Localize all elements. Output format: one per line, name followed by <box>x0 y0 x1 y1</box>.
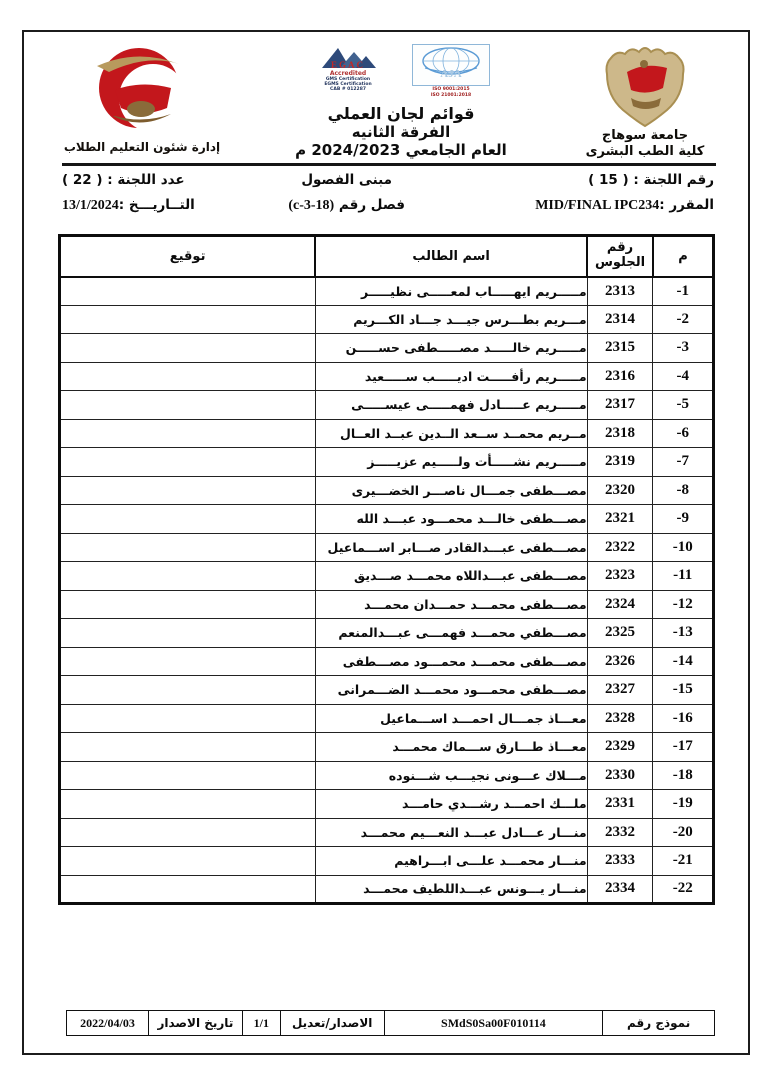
student-name-cell: مصـــطفي محمـــد فهمـــى عبـــدالمنعم <box>315 619 587 648</box>
aja-frame: AJA <box>412 44 490 86</box>
signature-cell <box>60 391 316 420</box>
date-line: التــاريـــخ :13/1/2024 <box>62 197 255 214</box>
serial-cell: -17 <box>653 733 714 762</box>
serial-cell: -10 <box>653 533 714 562</box>
signature-cell <box>60 704 316 733</box>
serial-cell: -19 <box>653 790 714 819</box>
table-row: -22314مـــريم بطـــرس جيـــد جـــاد الكـ… <box>60 305 714 334</box>
aja-logo: AJA ISO 9001:2015 ISO 21001:2018 <box>412 44 490 99</box>
course-value: MID/FINAL IPC234 <box>535 198 659 213</box>
title-line2: الفرقة الثانيه <box>271 123 531 141</box>
seat-number-cell: 2326 <box>587 647 653 676</box>
seat-number-cell: 2329 <box>587 733 653 762</box>
serial-cell: -9 <box>653 505 714 534</box>
committee-count: عدد اللجنة : ( 22 ) <box>62 172 255 188</box>
students-table: م رقم الجلوس اسم الطالب توقيع -12313مـــ… <box>58 234 715 905</box>
signature-cell <box>60 875 316 904</box>
seat-number-cell: 2328 <box>587 704 653 733</box>
dept-label: إدارة شئون التعليم الطلاب <box>32 140 252 154</box>
seat-number-cell: 2334 <box>587 875 653 904</box>
info-left-column: عدد اللجنة : ( 22 ) التــاريـــخ :13/1/2… <box>58 172 255 214</box>
student-name-cell: ملـــك احمـــد رشـــدي حامـــد <box>315 790 587 819</box>
student-name-cell: مـــــريم رأفـــــت اديـــــب ســـــعيد <box>315 362 587 391</box>
signature-cell <box>60 676 316 705</box>
room-value: (c-3-18) <box>288 198 334 213</box>
seat-number-cell: 2317 <box>587 391 653 420</box>
header-seat-number: رقم الجلوس <box>587 236 653 277</box>
student-name-cell: منـــار عـــادل عبـــد النعـــيم محمـــد <box>315 818 587 847</box>
serial-cell: -3 <box>653 334 714 363</box>
table-row: -102322مصـــطفى عبـــدالقادر صـــابر اسـ… <box>60 533 714 562</box>
signature-cell <box>60 847 316 876</box>
student-name-cell: مصـــطفى محمـــد محمـــود مصـــطفى <box>315 647 587 676</box>
issue-date-value: 2022/04/03 <box>67 1011 149 1036</box>
serial-cell: -16 <box>653 704 714 733</box>
serial-cell: -2 <box>653 305 714 334</box>
aja-globe-icon: AJA <box>419 46 483 80</box>
serial-cell: -1 <box>653 277 714 306</box>
table-row: -62318مــريم محمــد ســعد الــدين عبــد … <box>60 419 714 448</box>
seat-number-cell: 2319 <box>587 448 653 477</box>
signature-cell <box>60 419 316 448</box>
exam-info: رقم اللجنة : ( 15 ) المقرر :MID/FINAL IP… <box>58 172 714 214</box>
table-row: -162328معـــاذ جمـــال احمـــد اســـماعي… <box>60 704 714 733</box>
serial-cell: -12 <box>653 590 714 619</box>
student-name-cell: مـــــريم نشـــــأت ولـــــيم عزيـــــز <box>315 448 587 477</box>
egac-logo: EGAC Accredited GMS Certification EGMS C… <box>312 44 384 93</box>
seat-number-cell: 2333 <box>587 847 653 876</box>
signature-cell <box>60 362 316 391</box>
header-student-name: اسم الطالب <box>315 236 587 277</box>
header-center: EGAC Accredited GMS Certification EGMS C… <box>271 38 531 164</box>
signature-cell <box>60 818 316 847</box>
issue-value: 1/1 <box>242 1011 280 1036</box>
signature-cell <box>60 533 316 562</box>
svg-text:AJA: AJA <box>440 68 461 80</box>
student-name-cell: مصـــطفى محمـــود محمـــد الضـــمرانى <box>315 676 587 705</box>
table-row: -122324مصـــطفى محمـــد حمـــدان محمـــد <box>60 590 714 619</box>
table-header-row: م رقم الجلوس اسم الطالب توقيع <box>60 236 714 277</box>
signature-cell <box>60 334 316 363</box>
serial-cell: -18 <box>653 761 714 790</box>
seat-number-cell: 2314 <box>587 305 653 334</box>
table-row: -112323مصـــطفى عبـــداللاه محمـــد صـــ… <box>60 562 714 591</box>
footer: نموذج رقم SMdS0Sa00F010114 الاصدار/تعديل… <box>66 1010 715 1036</box>
seat-number-cell: 2321 <box>587 505 653 534</box>
serial-cell: -7 <box>653 448 714 477</box>
student-name-cell: مصـــطفى جمـــال ناصـــر الخضـــيرى <box>315 476 587 505</box>
form-code: SMdS0Sa00F010114 <box>384 1011 603 1036</box>
table-row: -132325مصـــطفي محمـــد فهمـــى عبـــدال… <box>60 619 714 648</box>
seat-number-cell: 2324 <box>587 590 653 619</box>
serial-cell: -6 <box>653 419 714 448</box>
course-label: المقرر : <box>659 197 714 213</box>
signature-cell <box>60 505 316 534</box>
info-right-column: رقم اللجنة : ( 15 ) المقرر :MID/FINAL IP… <box>438 172 714 214</box>
table-row: -142326مصـــطفى محمـــد محمـــود مصـــطف… <box>60 647 714 676</box>
serial-cell: -5 <box>653 391 714 420</box>
university-shield-icon <box>597 44 693 128</box>
header-serial: م <box>653 236 714 277</box>
seat-number-cell: 2332 <box>587 818 653 847</box>
signature-cell <box>60 476 316 505</box>
seat-number-cell: 2316 <box>587 362 653 391</box>
student-name-cell: منـــار يـــونس عبـــداللطيف محمـــد <box>315 875 587 904</box>
document-title: قوائم لجان العملي الفرقة الثانيه العام ا… <box>271 104 531 159</box>
signature-cell <box>60 590 316 619</box>
header: إدارة شئون التعليم الطلاب EGAC Accredite… <box>32 38 740 164</box>
serial-cell: -20 <box>653 818 714 847</box>
serial-cell: -8 <box>653 476 714 505</box>
table-row: -42316مـــــريم رأفـــــت اديـــــب ســـ… <box>60 362 714 391</box>
student-rows: -12313مـــــريم ايهـــــاب لمعـــــى نظي… <box>60 277 714 904</box>
student-name-cell: مـــــريم عـــــادل فهمـــــى عيســـــى <box>315 391 587 420</box>
student-name-cell: مــريم محمــد ســعد الــدين عبــد العــا… <box>315 419 587 448</box>
student-name-cell: مـــــريم خالـــــد مصـــــطفى حســـــن <box>315 334 587 363</box>
table-row: -172329معـــاذ طـــارق ســـماك محمـــد <box>60 733 714 762</box>
header-signature: توقيع <box>60 236 316 277</box>
faculty-name: كلية الطب البشرى <box>550 144 740 160</box>
accreditation-logos: EGAC Accredited GMS Certification EGMS C… <box>271 44 531 102</box>
seat-number-cell: 2331 <box>587 790 653 819</box>
title-line3: العام الجامعي 2024/2023 م <box>271 141 531 159</box>
signature-cell <box>60 761 316 790</box>
info-center-column: مبنى الفصول فصل رقم (c-3-18) <box>255 172 439 214</box>
serial-cell: -11 <box>653 562 714 591</box>
signature-cell <box>60 562 316 591</box>
issue-date-label: تاريخ الاصدار <box>148 1011 242 1036</box>
aja-iso-line1: ISO 9001:2015 <box>412 87 490 92</box>
seat-number-cell: 2325 <box>587 619 653 648</box>
seat-number-cell: 2313 <box>587 277 653 306</box>
seat-number-cell: 2330 <box>587 761 653 790</box>
title-line1: قوائم لجان العملي <box>271 104 531 123</box>
student-name-cell: مصـــطفى عبـــداللاه محمـــد صـــديق <box>315 562 587 591</box>
committee-number: رقم اللجنة : ( 15 ) <box>438 172 714 188</box>
signature-cell <box>60 733 316 762</box>
signature-cell <box>60 305 316 334</box>
student-name-cell: مصـــطفى خالـــد محمـــود عبـــد الله <box>315 505 587 534</box>
student-name-cell: مـــــريم ايهـــــاب لمعـــــى نظيـــــر <box>315 277 587 306</box>
table-row: -152327مصـــطفى محمـــود محمـــد الضـــم… <box>60 676 714 705</box>
form-number-label: نموذج رقم <box>603 1011 715 1036</box>
signature-cell <box>60 448 316 477</box>
aja-iso-line2: ISO 21001:2018 <box>412 93 490 98</box>
course-line: المقرر :MID/FINAL IPC234 <box>438 197 714 214</box>
seat-number-cell: 2315 <box>587 334 653 363</box>
date-value: 13/1/2024 <box>62 198 119 213</box>
table-row: -212333منـــار محمـــد علـــى ابـــراهيم <box>60 847 714 876</box>
egac-accredited: Accredited <box>312 70 384 77</box>
table-row: -222334منـــار يـــونس عبـــداللطيف محمـ… <box>60 875 714 904</box>
students-table-wrap: م رقم الجلوس اسم الطالب توقيع -12313مـــ… <box>58 234 715 905</box>
room-line: فصل رقم (c-3-18) <box>255 197 439 214</box>
egac-tiny-line3: CAB # 012287 <box>312 87 384 92</box>
table-row: -52317مـــــريم عـــــادل فهمـــــى عيسـ… <box>60 391 714 420</box>
table-row: -92321مصـــطفى خالـــد محمـــود عبـــد ا… <box>60 505 714 534</box>
issue-label: الاصدار/تعديل <box>280 1011 384 1036</box>
header-divider <box>62 163 716 166</box>
footer-table: نموذج رقم SMdS0Sa00F010114 الاصدار/تعديل… <box>66 1010 715 1036</box>
crescent-logo-icon <box>67 46 217 138</box>
date-label: التــاريـــخ : <box>119 197 195 213</box>
seat-number-cell: 2320 <box>587 476 653 505</box>
seat-number-cell: 2322 <box>587 533 653 562</box>
page-frame: إدارة شئون التعليم الطلاب EGAC Accredite… <box>22 30 750 1055</box>
serial-cell: -14 <box>653 647 714 676</box>
student-name-cell: مصـــطفى عبـــدالقادر صـــابر اســـماعيل <box>315 533 587 562</box>
seat-number-cell: 2323 <box>587 562 653 591</box>
table-row: -12313مـــــريم ايهـــــاب لمعـــــى نظي… <box>60 277 714 306</box>
signature-cell <box>60 790 316 819</box>
dept-logo-block: إدارة شئون التعليم الطلاب <box>32 38 252 164</box>
table-row: -182330مـــلاك عـــونى نجيـــب شـــنوده <box>60 761 714 790</box>
table-row: -32315مـــــريم خالـــــد مصـــــطفى حسـ… <box>60 334 714 363</box>
room-label: فصل رقم <box>334 197 405 213</box>
signature-cell <box>60 619 316 648</box>
signature-cell <box>60 647 316 676</box>
table-row: -192331ملـــك احمـــد رشـــدي حامـــد <box>60 790 714 819</box>
serial-cell: -4 <box>653 362 714 391</box>
building-name: مبنى الفصول <box>255 172 439 188</box>
serial-cell: -22 <box>653 875 714 904</box>
student-name-cell: مصـــطفى محمـــد حمـــدان محمـــد <box>315 590 587 619</box>
student-name-cell: منـــار محمـــد علـــى ابـــراهيم <box>315 847 587 876</box>
student-name-cell: مـــريم بطـــرس جيـــد جـــاد الكـــريم <box>315 305 587 334</box>
footer-row: نموذج رقم SMdS0Sa00F010114 الاصدار/تعديل… <box>67 1011 715 1036</box>
seat-number-cell: 2318 <box>587 419 653 448</box>
signature-cell <box>60 277 316 306</box>
serial-cell: -13 <box>653 619 714 648</box>
student-name-cell: معـــاذ جمـــال احمـــد اســـماعيل <box>315 704 587 733</box>
seat-number-cell: 2327 <box>587 676 653 705</box>
university-logo-block: جامعة سوهاج كلية الطب البشرى <box>550 38 740 164</box>
student-name-cell: معـــاذ طـــارق ســـماك محمـــد <box>315 733 587 762</box>
student-name-cell: مـــلاك عـــونى نجيـــب شـــنوده <box>315 761 587 790</box>
serial-cell: -21 <box>653 847 714 876</box>
university-name: جامعة سوهاج <box>550 128 740 144</box>
table-row: -202332منـــار عـــادل عبـــد النعـــيم … <box>60 818 714 847</box>
table-row: -82320مصـــطفى جمـــال ناصـــر الخضـــير… <box>60 476 714 505</box>
serial-cell: -15 <box>653 676 714 705</box>
table-row: -72319مـــــريم نشـــــأت ولـــــيم عزيـ… <box>60 448 714 477</box>
